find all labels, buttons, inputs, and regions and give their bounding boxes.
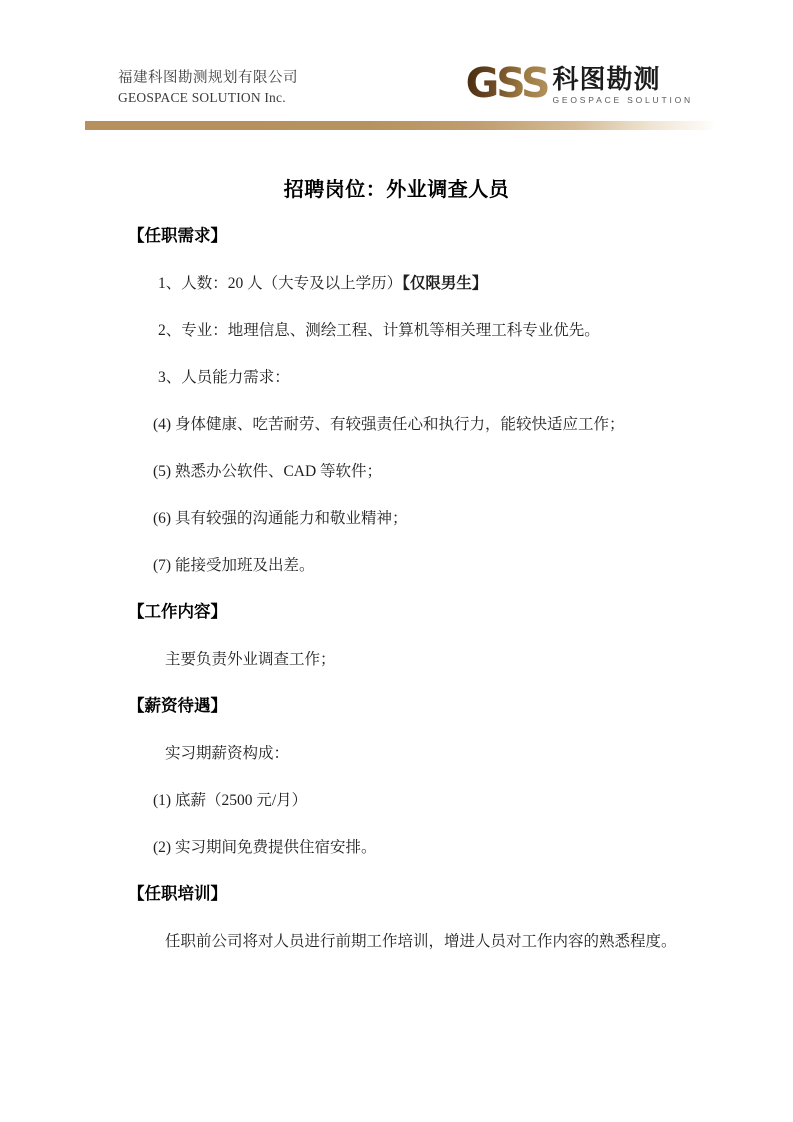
list-item: (7) 能接受加班及出差。 bbox=[128, 555, 733, 576]
body-line: 实习期薪资构成： bbox=[128, 743, 733, 764]
section-heading-job-content: 【工作内容】 bbox=[128, 602, 733, 623]
gradient-divider bbox=[85, 121, 713, 130]
logo-name-block: 科图勘测 GEOSPACE SOLUTION bbox=[553, 64, 694, 105]
document-page: 福建科图勘测规划有限公司 GEOSPACE SOLUTION Inc. GSS … bbox=[0, 0, 793, 1122]
company-logo: GSS 科图勘测 GEOSPACE SOLUTION bbox=[466, 64, 693, 105]
company-name-block: 福建科图勘测规划有限公司 GEOSPACE SOLUTION Inc. bbox=[118, 64, 298, 107]
company-name-en: GEOSPACE SOLUTION Inc. bbox=[118, 88, 298, 107]
company-name-cn: 福建科图勘测规划有限公司 bbox=[118, 68, 298, 88]
page-header: 福建科图勘测规划有限公司 GEOSPACE SOLUTION Inc. GSS … bbox=[0, 0, 793, 107]
list-item: (2) 实习期间免费提供住宿安排。 bbox=[128, 837, 733, 858]
gss-logo-text: GSS bbox=[466, 64, 548, 102]
section-heading-training: 【任职培训】 bbox=[128, 884, 733, 905]
document-body: 【任职需求】 1、人数：20 人（大专及以上学历）【仅限男生】 2、专业：地理信… bbox=[128, 226, 733, 952]
body-line: 主要负责外业调查工作； bbox=[128, 649, 733, 670]
logo-name-en: GEOSPACE SOLUTION bbox=[553, 95, 694, 105]
list-item: (6) 具有较强的沟通能力和敬业精神； bbox=[128, 508, 733, 529]
list-item-text: 1、人数：20 人（大专及以上学历） bbox=[158, 275, 402, 292]
section-heading-requirements: 【任职需求】 bbox=[128, 226, 733, 247]
body-line: 任职前公司将对人员进行前期工作培训，增进人员对工作内容的熟悉程度。 bbox=[128, 931, 733, 952]
list-item: (4) 身体健康、吃苦耐劳、有较强责任心和执行力，能较快适应工作； bbox=[128, 414, 733, 435]
list-item: 1、人数：20 人（大专及以上学历）【仅限男生】 bbox=[128, 273, 733, 294]
list-item-bold-text: 【仅限男生】 bbox=[402, 275, 487, 292]
list-item: (1) 底薪（2500 元/月） bbox=[128, 790, 733, 811]
logo-name-cn: 科图勘测 bbox=[553, 66, 694, 93]
section-heading-salary: 【薪资待遇】 bbox=[128, 696, 733, 717]
list-item: (5) 熟悉办公软件、CAD 等软件； bbox=[128, 461, 733, 482]
list-item: 3、人员能力需求： bbox=[128, 367, 733, 388]
page-title: 招聘岗位：外业调查人员 bbox=[0, 176, 793, 204]
list-item: 2、专业：地理信息、测绘工程、计算机等相关理工科专业优先。 bbox=[128, 320, 733, 341]
